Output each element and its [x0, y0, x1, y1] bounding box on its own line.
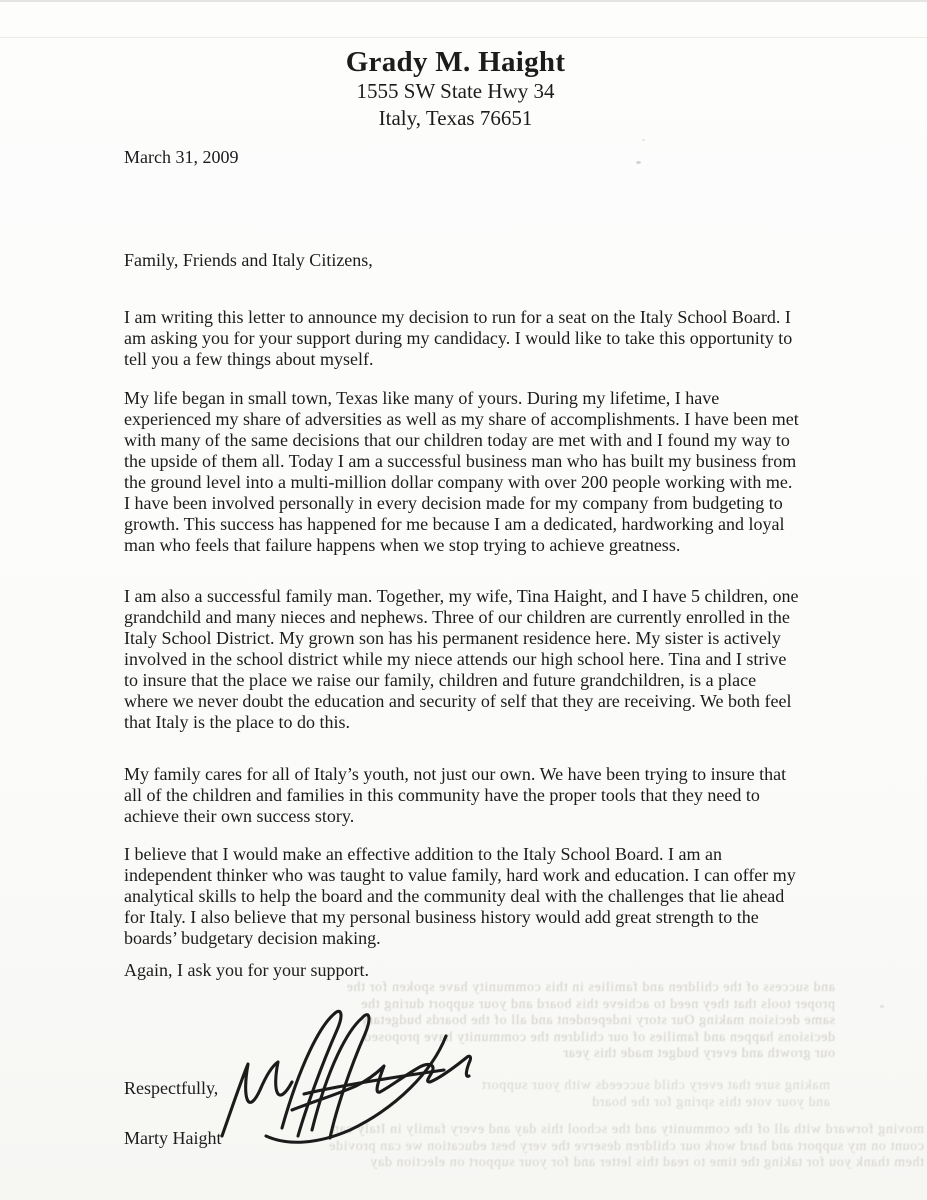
body-paragraph: My family cares for all of Italy’s youth…: [124, 764, 800, 827]
salutation: Family, Friends and Italy Citizens,: [124, 250, 800, 271]
body-paragraph: I am also a successful family man. Toget…: [124, 586, 800, 733]
body-paragraph: My life began in small town, Texas like …: [124, 388, 800, 556]
closing-request: Again, I ask you for your support.: [124, 960, 800, 981]
signer-name: Marty Haight: [124, 1128, 424, 1149]
letter-date: March 31, 2009: [124, 147, 800, 168]
scan-speck: [642, 139, 645, 141]
letterhead-name: Grady M. Haight: [0, 46, 911, 78]
letterhead-address-line1: 1555 SW State Hwy 34: [0, 78, 911, 105]
scan-top-edge-artifact: [0, 0, 927, 2]
scanned-letter-page: and success of the children and families…: [0, 0, 927, 1200]
bleedthrough-text-middle: making sure that every child succeeds wi…: [470, 1078, 830, 1111]
letterhead: Grady M. Haight 1555 SW State Hwy 34 Ita…: [0, 46, 911, 132]
scan-line-artifact: [0, 37, 927, 38]
letterhead-address-line2: Italy, Texas 76651: [0, 105, 911, 132]
body-paragraph: I am writing this letter to announce my …: [124, 307, 800, 370]
body-paragraph: I believe that I would make an effective…: [124, 844, 800, 949]
scan-speck: [880, 1005, 884, 1008]
